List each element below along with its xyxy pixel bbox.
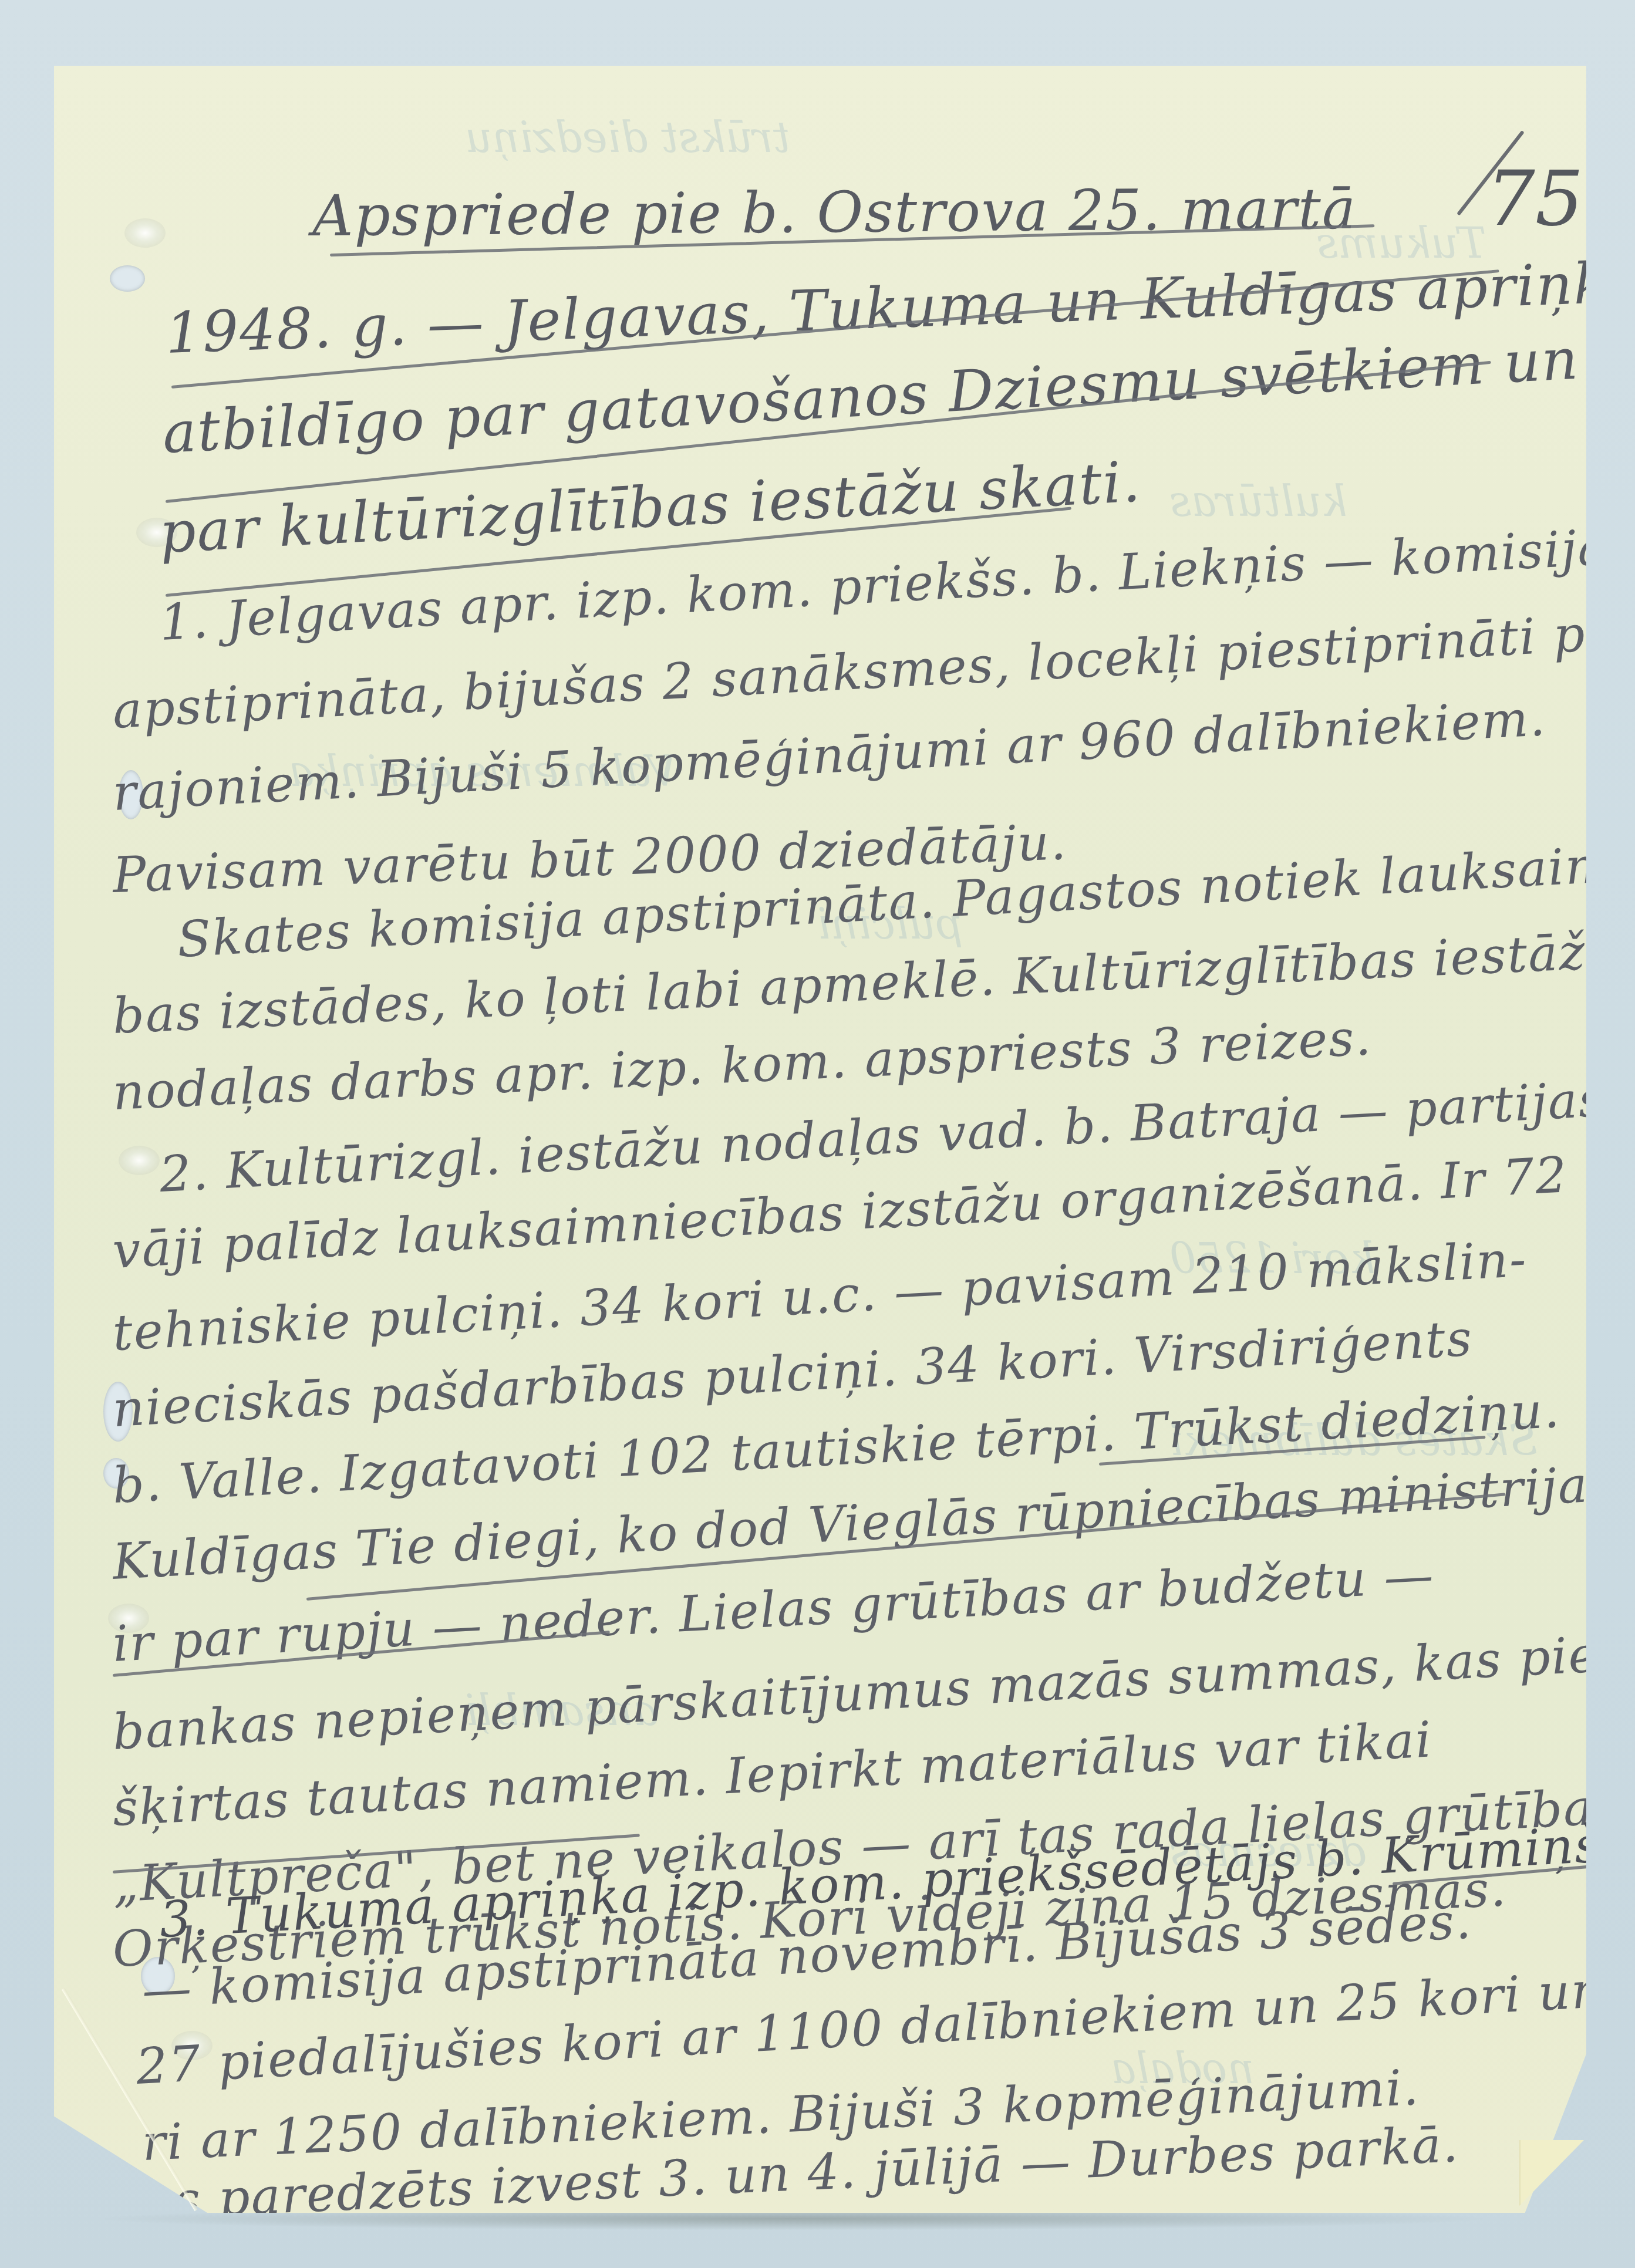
punch-hole-dent [124, 218, 166, 248]
document-page: trūkst diedziņu Tukums kultūras Valmiera… [54, 66, 1586, 2213]
page-number: 75 [1486, 154, 1583, 243]
title-line-1: Apspriede pie b. Ostrova 25. martā [312, 176, 1357, 249]
bleed-through-text: kultūras [1169, 477, 1347, 526]
punch-hole-dent [119, 1146, 160, 1175]
bleed-through-text: trūkst diedziņu [465, 113, 790, 162]
punch-hole [110, 265, 145, 292]
